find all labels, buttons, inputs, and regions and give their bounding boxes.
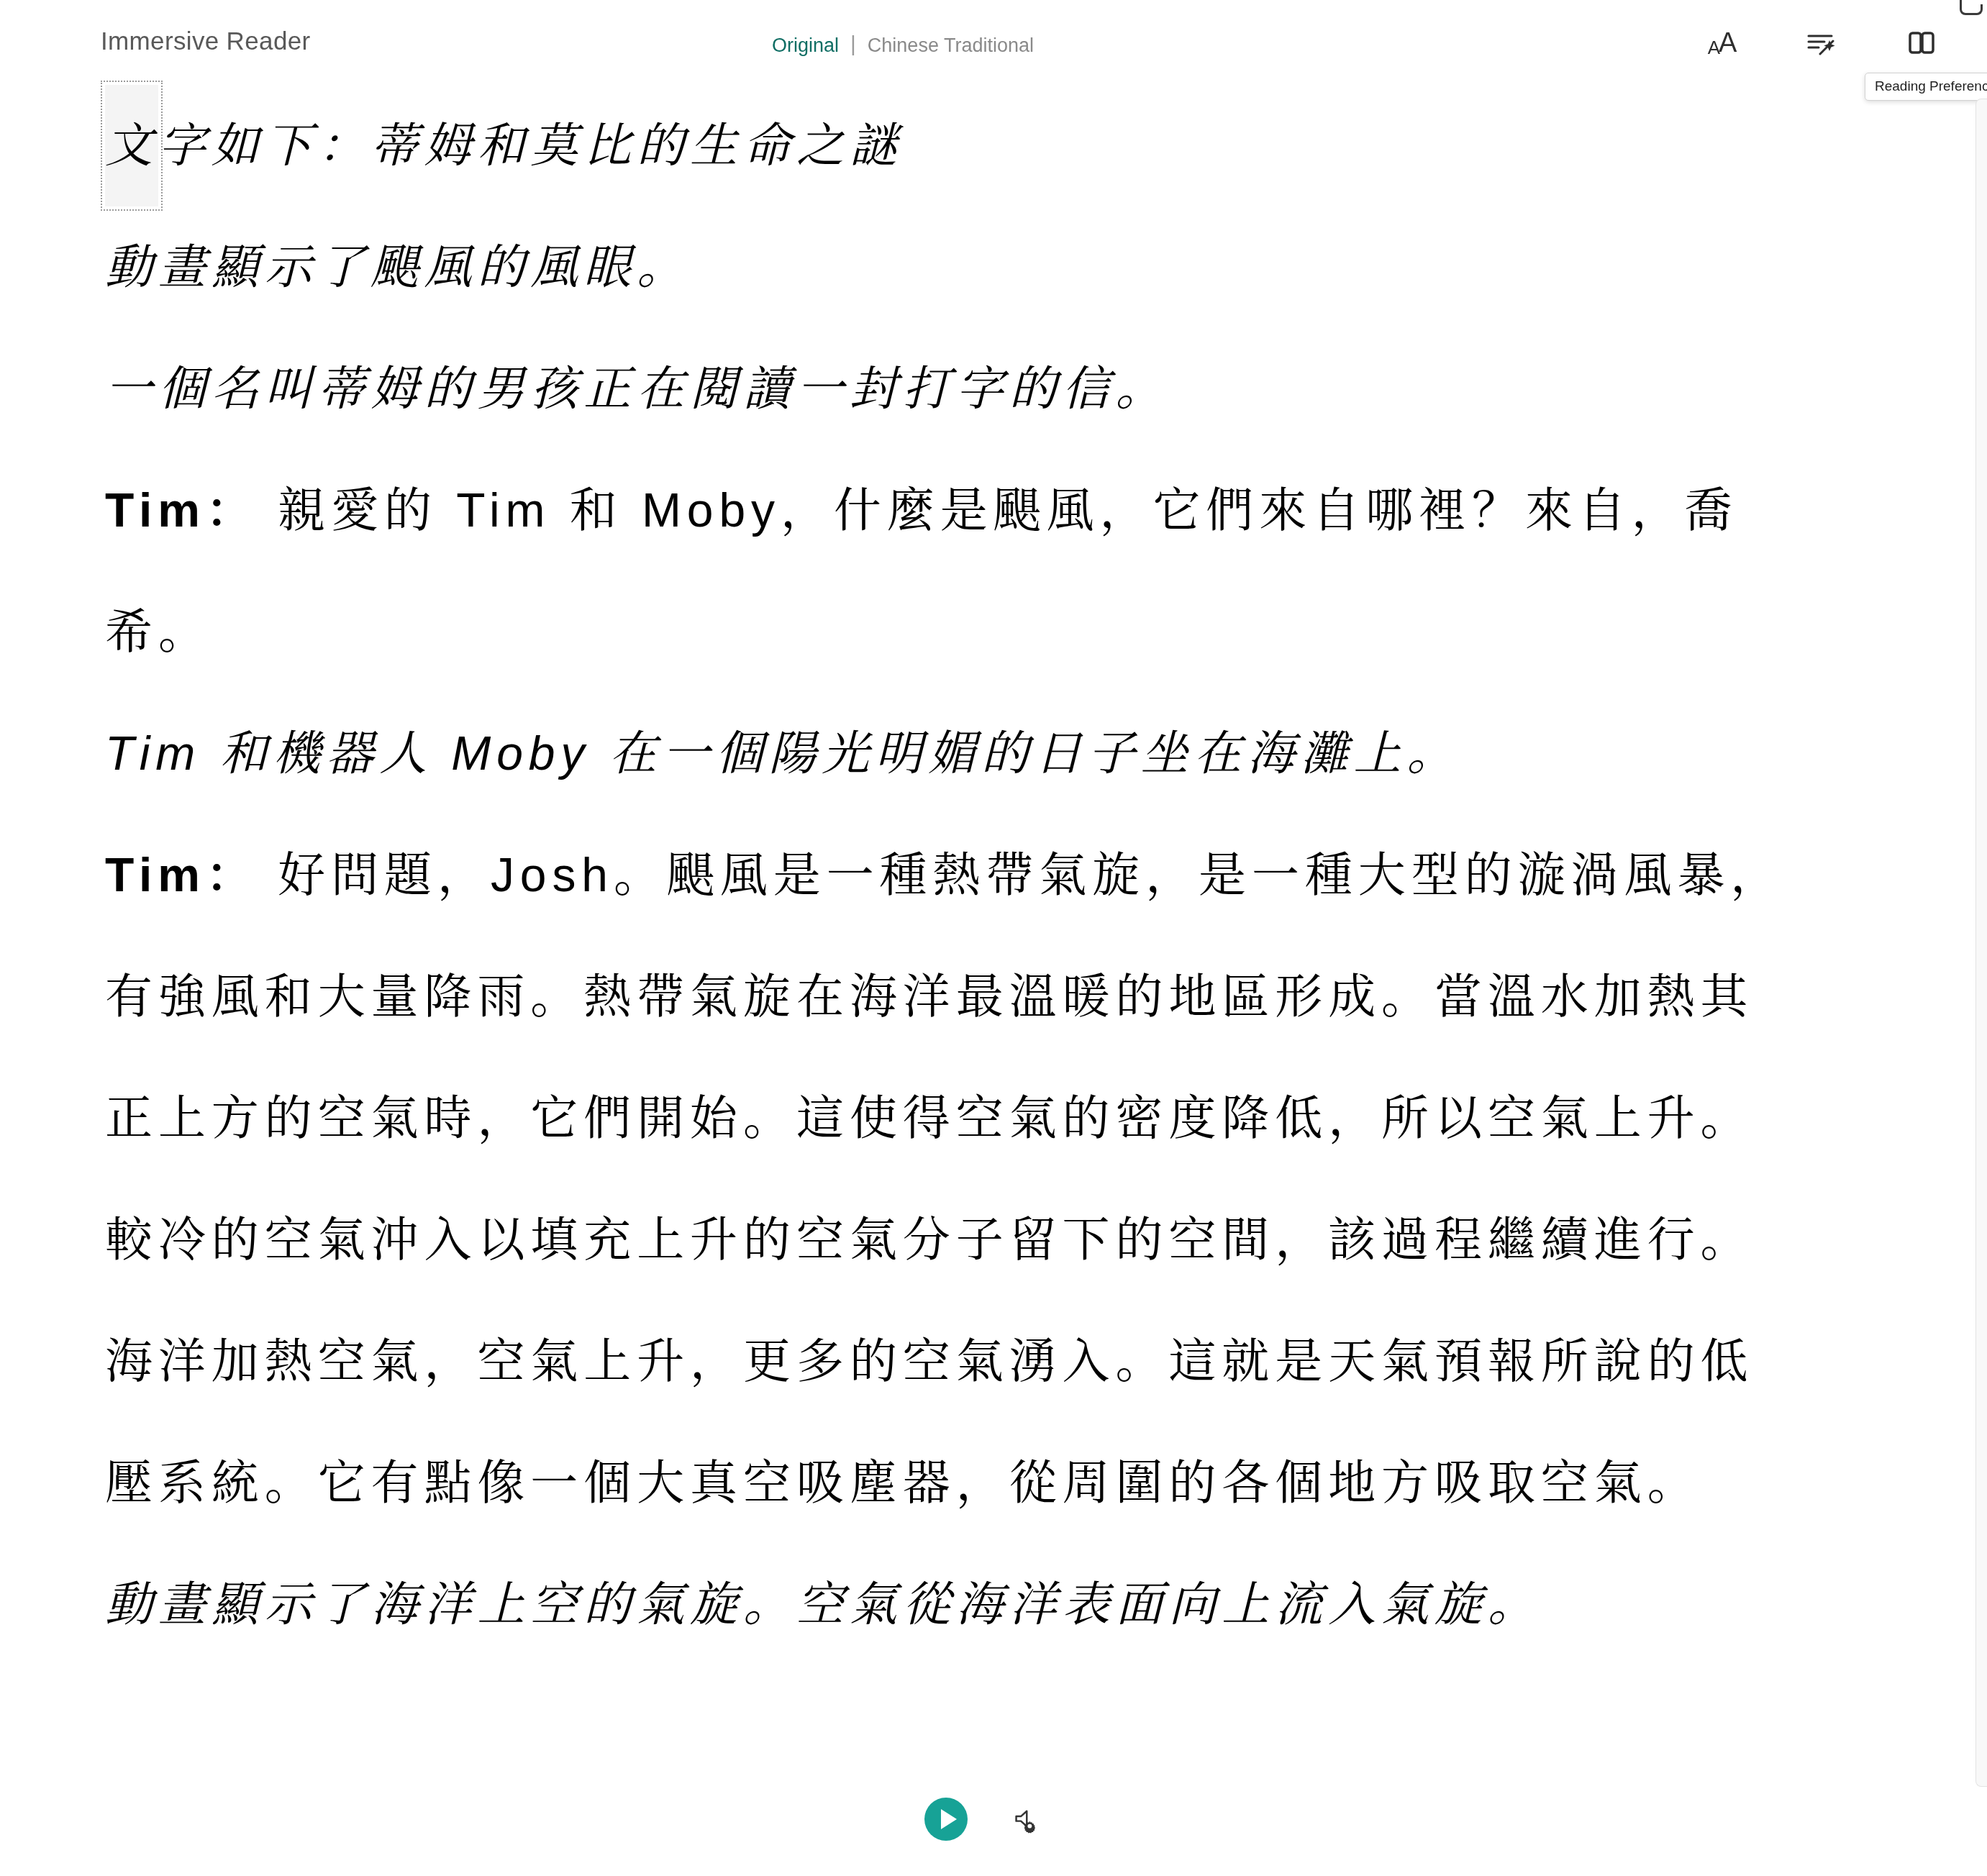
stage-direction-paragraph: 動畫顯示了海洋上空的氣旋。空氣從海洋表面向上流入氣旋。 [105, 1544, 1797, 1665]
reading-preferences-button[interactable] [1900, 22, 1943, 65]
voice-settings-button[interactable] [1007, 1803, 1042, 1837]
stage-direction-paragraph: 動畫顯示了颶風的風眼。 [105, 206, 1797, 328]
lines-sparkle-icon [1804, 27, 1837, 60]
stage-direction-paragraph: Tim 和機器人 Moby 在一個陽光明媚的日子坐在海灘上。 [105, 693, 1797, 814]
dialogue-paragraph: Tim：好問題，Josh。颶風是一種熱帶氣旋，是一種大型的漩渦風暴，有強風和大量… [105, 814, 1797, 1544]
word-focus-highlight: 文 [105, 85, 158, 206]
language-toggle: Original | Chinese Traditional [772, 33, 1034, 58]
scrollbar-thumb[interactable] [1975, 99, 1987, 1787]
speaker-gear-icon [1011, 1804, 1037, 1836]
page-title: Immersive Reader [101, 27, 311, 56]
toggle-separator-icon: | [850, 32, 856, 57]
text-size-icon: A A [1708, 29, 1737, 57]
reader-content: 文字如下：蒂姆和莫比的生命之謎動畫顯示了颶風的風眼。一個名叫蒂姆的男孩正在閱讀一… [105, 85, 1797, 1665]
gear-glyph [1024, 1821, 1036, 1834]
speaker-label: Tim： [105, 848, 259, 901]
clipped-corner-icon [1960, 0, 1983, 15]
open-book-icon [1905, 27, 1938, 60]
tab-chinese-traditional[interactable]: Chinese Traditional [868, 35, 1034, 57]
stage-direction-paragraph: 一個名叫蒂姆的男孩正在閱讀一封打字的信。 [105, 328, 1797, 450]
play-button[interactable] [924, 1798, 968, 1841]
dialogue-paragraph: Tim：親愛的 Tim 和 Moby，什麼是颶風，它們來自哪裡？來自，喬希。 [105, 450, 1797, 693]
speaker-label: Tim： [105, 483, 259, 537]
tab-original[interactable]: Original [772, 35, 839, 57]
immersive-reader-page: { "header": { "title": "Immersive Reader… [0, 0, 1987, 1876]
stage-direction-paragraph: 文字如下：蒂姆和莫比的生命之謎 [105, 85, 1797, 206]
play-icon [941, 1809, 957, 1829]
grammar-options-button[interactable] [1799, 22, 1842, 65]
reading-preferences-tooltip: Reading Preferences [1865, 73, 1987, 101]
text-preferences-button[interactable]: A A [1701, 22, 1744, 65]
